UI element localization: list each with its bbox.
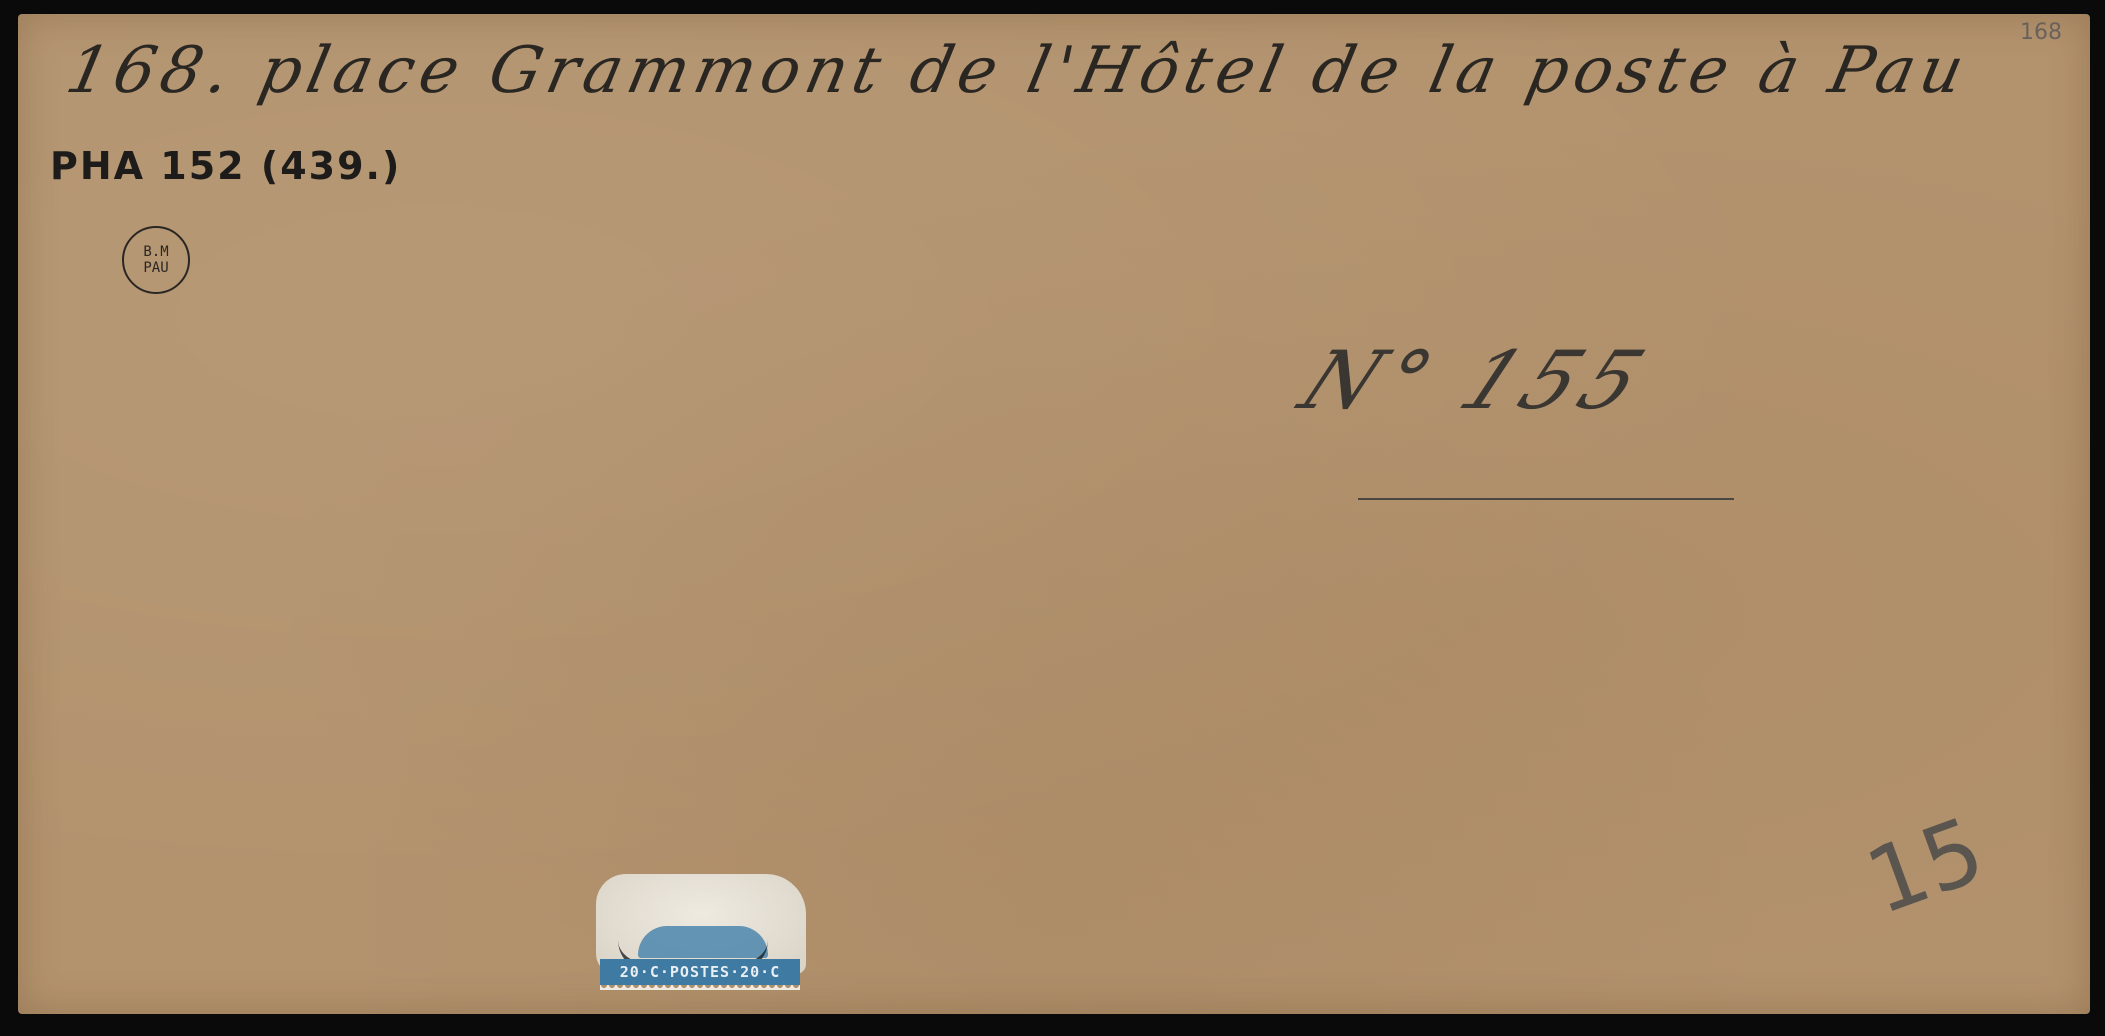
handwritten-number: N° 155 [1286, 334, 1665, 427]
handwritten-title: 168. place Grammont de l'Hôtel de la pos… [60, 34, 1976, 108]
pencil-mark: 15 [1853, 798, 1997, 936]
corner-mark: 168 [2020, 20, 2062, 45]
stamp-denomination: 20·C·POSTES·20·C [600, 959, 800, 985]
catalog-number: PHA 152 (439.) [50, 144, 401, 188]
postage-stamp: 20·C·POSTES·20·C [578, 864, 810, 996]
library-stamp-line1: B.M [143, 244, 168, 260]
library-stamp-line2: PAU [143, 260, 168, 276]
library-stamp-icon: B.M PAU [122, 226, 190, 294]
envelope-card: 168. place Grammont de l'Hôtel de la pos… [18, 14, 2090, 1014]
underline-divider [1358, 498, 1734, 500]
